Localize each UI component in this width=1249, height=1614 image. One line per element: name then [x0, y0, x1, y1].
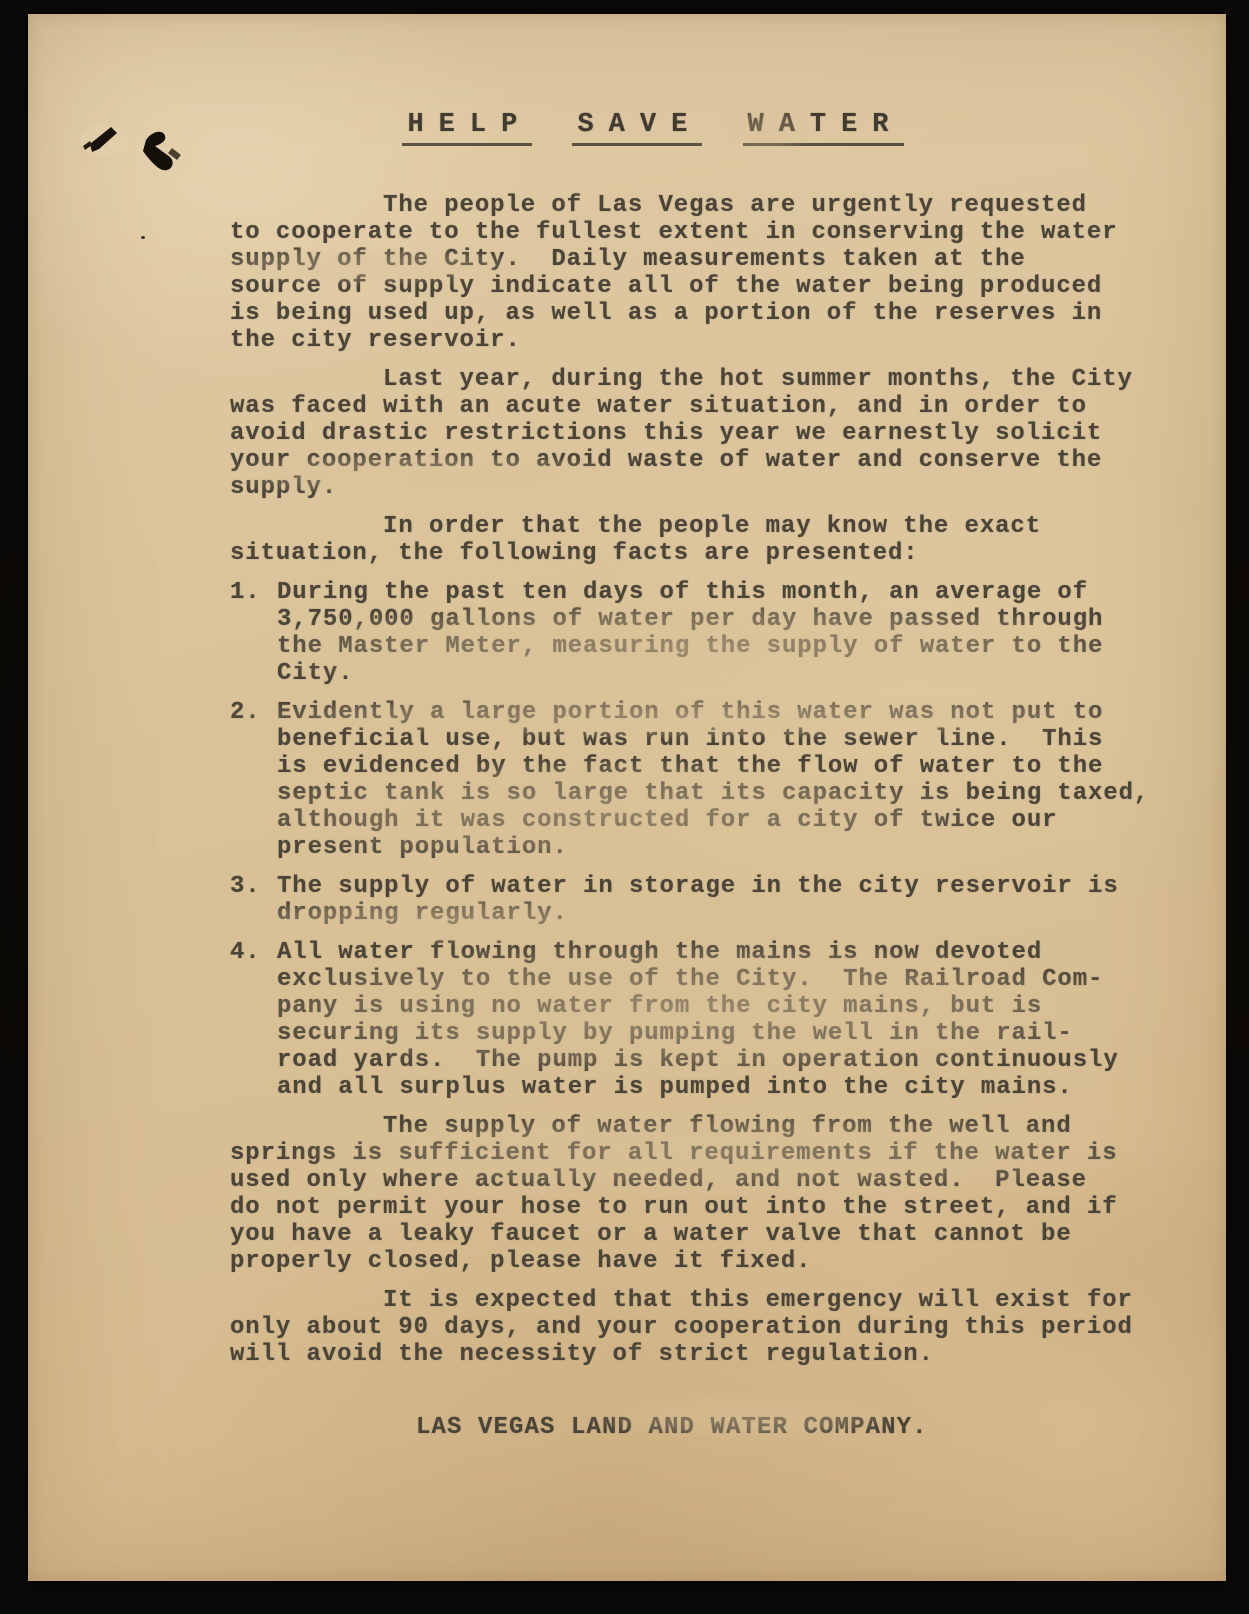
- fact-item-1: 1. During the past ten days of this mont…: [230, 579, 1235, 687]
- page-title: HELP SAVE WATER: [28, 110, 1226, 146]
- fact-text: Evidently a large portion of this water …: [277, 699, 1149, 861]
- fact-number: 2.: [230, 699, 277, 861]
- fact-number: 1.: [230, 579, 277, 687]
- title-word-water: WATER: [743, 110, 904, 146]
- paragraph-closing-1: The supply of water flowing from the wel…: [230, 1113, 1235, 1275]
- paragraph-intro-2: Last year, during the hot summer months,…: [230, 366, 1235, 501]
- fact-text: The supply of water in storage in the ci…: [277, 873, 1119, 927]
- title-word-help: HELP: [402, 110, 532, 146]
- title-word-save: SAVE: [572, 110, 702, 146]
- document-page: HELP SAVE WATER The people of Las Vegas …: [28, 14, 1226, 1581]
- fact-item-4: 4. All water flowing through the mains i…: [230, 939, 1235, 1101]
- fact-number: 4.: [230, 939, 277, 1101]
- paragraph-intro-3: In order that the people may know the ex…: [230, 513, 1235, 567]
- fact-number: 3.: [230, 873, 277, 927]
- fact-text: During the past ten days of this month, …: [277, 579, 1103, 687]
- paragraph-closing-2: It is expected that this emergency will …: [230, 1287, 1235, 1368]
- fact-text: All water flowing through the mains is n…: [277, 939, 1119, 1101]
- company-signature: LAS VEGAS LAND AND WATER COMPANY.: [416, 1414, 1235, 1441]
- fact-item-3: 3. The supply of water in storage in the…: [230, 873, 1235, 927]
- paragraph-intro-1: The people of Las Vegas are urgently req…: [230, 192, 1235, 354]
- fact-item-2: 2. Evidently a large portion of this wat…: [230, 699, 1235, 861]
- document-body: The people of Las Vegas are urgently req…: [230, 192, 1235, 1441]
- paper-speck: [141, 236, 145, 239]
